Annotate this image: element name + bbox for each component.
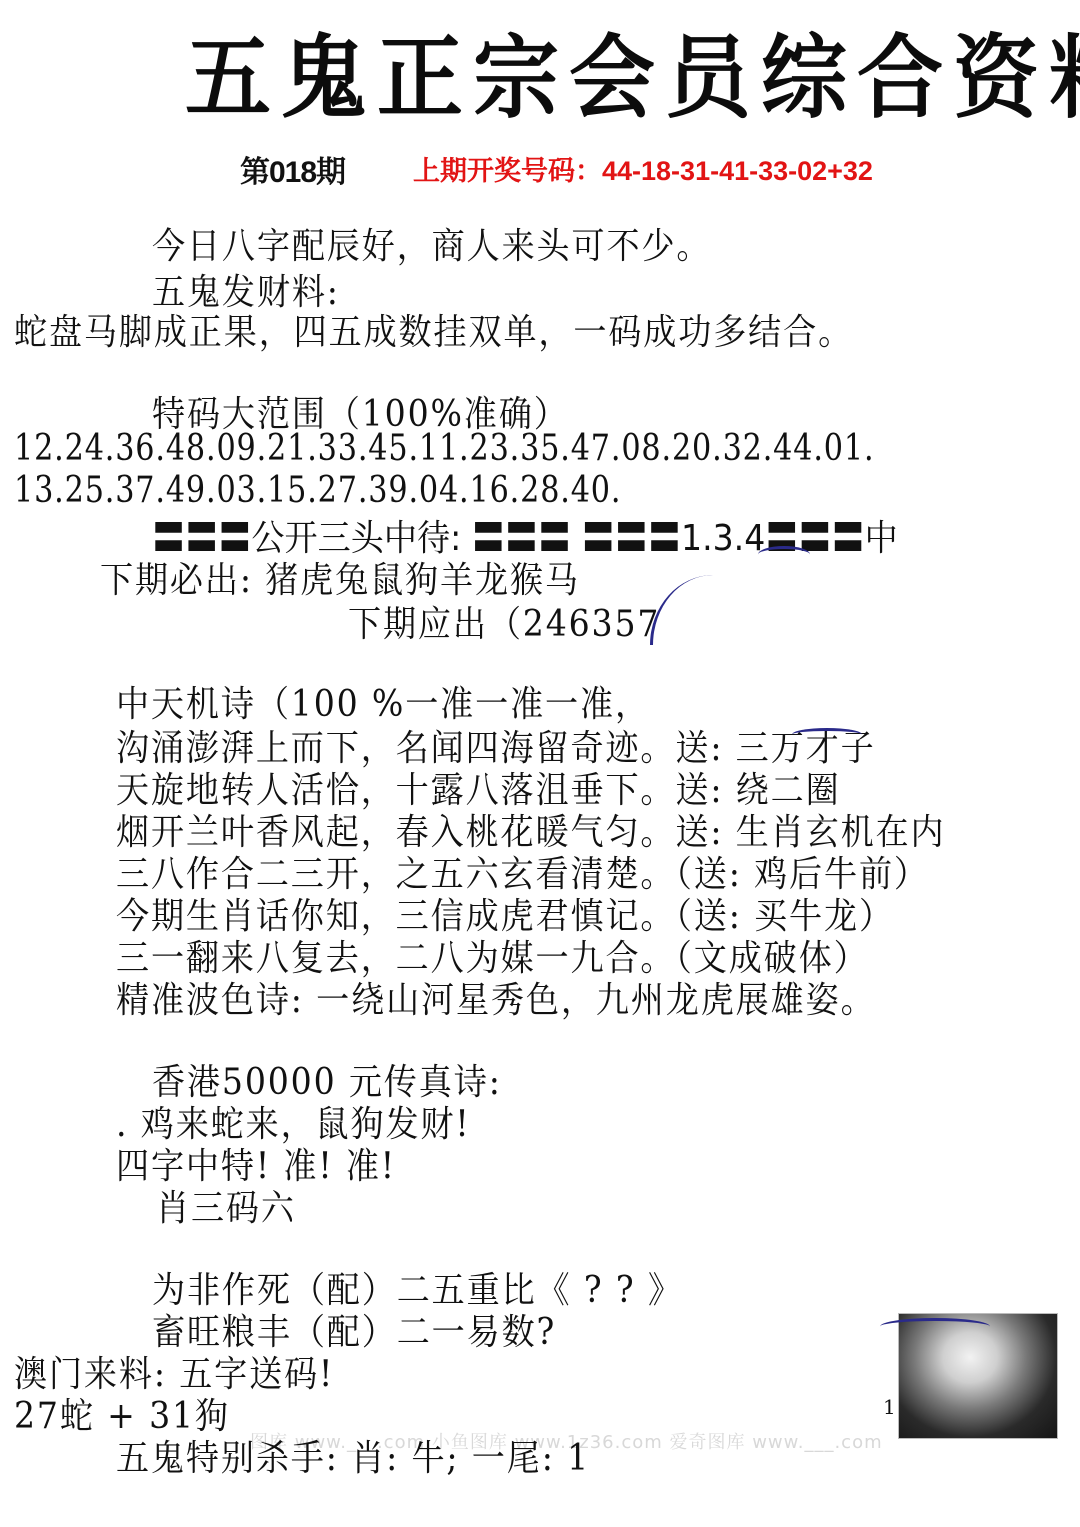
pen-mark-underline: [758, 546, 810, 563]
special-range-row-1: 12.24.36.48.09.21.33.45.11.23.35.47.08.2…: [14, 428, 874, 469]
hongkong-line-3: 肖三码六: [156, 1180, 296, 1231]
last-draw-numbers: 上期开奖号码：44-18-31-41-33-02+32: [413, 149, 873, 188]
intro-line-1: 今日八字配辰好，商人来头可不少。: [152, 218, 711, 269]
intro-line-3: 蛇盘马脚成正果，四五成数挂双单，一码成功多结合。: [14, 304, 853, 355]
poem-line: 精准波色诗: 一绕山河星秀色，九州龙虎展雄姿。: [116, 972, 876, 1023]
period-label: 第018期: [240, 147, 345, 191]
pen-mark-photo: [880, 1318, 990, 1335]
photo-label: 1: [883, 1395, 896, 1419]
pen-mark-check: [650, 575, 713, 645]
next-should-line: 下期应出（246357: [348, 596, 660, 647]
killer-line: 五鬼特别杀手: 肖: 牛; 一尾: 1: [116, 1430, 590, 1481]
special-range-row-2: 13.25.37.49.03.15.27.39.04.16.28.40.: [14, 470, 621, 511]
page-title: 五鬼正宗会员综合资料: [185, 5, 1080, 135]
pen-mark-strike: [792, 728, 862, 741]
